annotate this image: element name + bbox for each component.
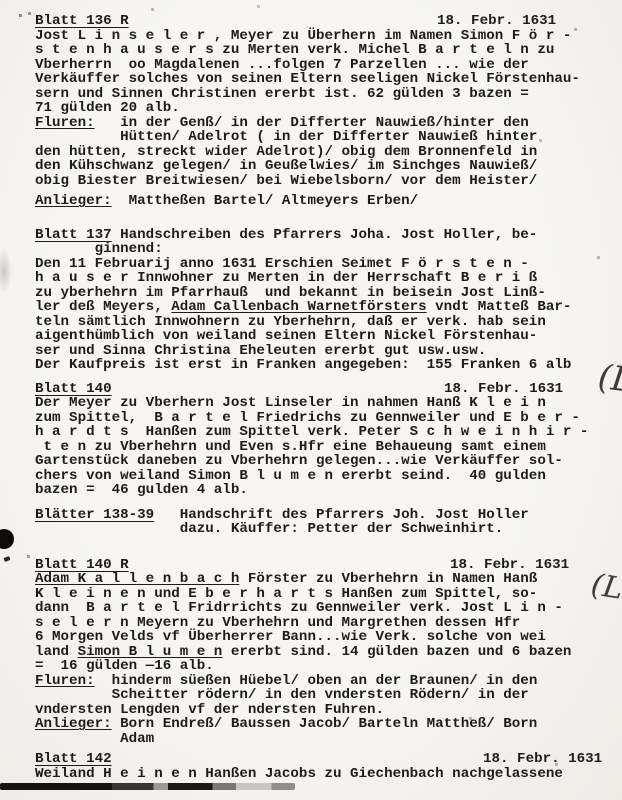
text-line: Den 11 Februarij anno 1631 Erschien Seim… [35, 257, 622, 272]
entry-title-text: Handschreiben des Pfarrers Joha. Jost Ho… [112, 227, 538, 243]
text-line: K l e i n e n und E b e r h a r t s Hanß… [35, 587, 622, 602]
entry-heading: Blatt 136 R [35, 13, 129, 29]
fluren-line: vndersten Lengden vf der ndersten Fuhren… [35, 703, 622, 718]
anlieger-line: Anlieger: Mattheßen Bartel/ Altmeyers Er… [35, 194, 622, 209]
text-line: Jost L i n s e l e r , Meyer zu Überhern… [35, 29, 622, 44]
entry-header: Blatt 14218. Febr. 1631 [35, 752, 622, 767]
anlieger-label: Anlieger: [35, 716, 112, 732]
entry-date: 18. Febr. 1631 [483, 752, 602, 767]
text-segment: ererbt sind. 14 gülden bazen und 6 bazen [222, 644, 571, 660]
text-line: Adam K a l l e n b a c h Förster zu Vber… [35, 572, 622, 587]
entry-heading: Blatt 137 [35, 227, 112, 243]
text-line: ler deß Meyers, Adam Callenbach Warnetfö… [35, 300, 622, 315]
entry-heading: Blatt 140 [35, 381, 112, 397]
text-line: chers von weiland Simon B l u m e n erer… [35, 469, 622, 484]
text-line: s e l e r n Meyern zu Vberhehrn und Marg… [35, 616, 622, 631]
entry-blatt-140r: Blatt 140 R18. Febr. 1631 Adam K a l l e… [35, 558, 622, 747]
fluren-line: Fluren: in der Genß/ in der Differter Na… [35, 116, 622, 131]
text-line: ginnend: [35, 242, 622, 257]
text-segment: vndt Matteß Bar- [427, 299, 572, 315]
text-line: Der Kaufpreis ist erst in Franken angege… [35, 358, 622, 373]
text-line: Gartenstück daneben zu Vberhehrn gelegen… [35, 454, 622, 469]
text-line: ser und Sinna Christina Eheleuten ererbt… [35, 344, 622, 359]
entry-blatt-136r: Blatt 136 R18. Febr. 1631 Jost L i n s e… [35, 14, 622, 209]
entry-date: 18. Febr. 1631 [437, 14, 556, 29]
ink-speck [3, 556, 10, 562]
entry-heading: Blätter 138-39 [35, 507, 154, 523]
text-segment: Förster zu Vberhehrn in Namen Hanß [239, 571, 537, 587]
anlieger-text: Mattheßen Bartel/ Altmeyers Erben/ [112, 193, 419, 209]
anlieger-label: Anlieger: [35, 193, 112, 209]
scan-bottom-smudge [0, 783, 295, 790]
text-segment: ler deß Meyers, [35, 299, 171, 315]
fluren-line: Fluren: hinderm süeßen Hüebel/ oben an d… [35, 674, 622, 689]
anlieger-line: Adam [35, 732, 622, 747]
text-line: zu yberhehrn im Pfarrhauß und bekannt in… [35, 286, 622, 301]
scanned-document-page: Blatt 136 R18. Febr. 1631 Jost L i n s e… [0, 0, 622, 800]
text-line: s t e n h a u s e r s zu Merten verk. Mi… [35, 43, 622, 58]
text-line: = 16 gülden —16 alb. [35, 659, 622, 674]
text-line: aigenthümblich von weiland seinen Eltern… [35, 329, 622, 344]
text-line: h a r d t s Hanßen zum Spittel verk. Pet… [35, 425, 622, 440]
underlined-name: Adam Callenbach Warnetförsters [171, 299, 426, 315]
fluren-line: den hütten, streckt wider Adelrot)/ obig… [35, 145, 622, 160]
entry-header: Blatt 140 R18. Febr. 1631 [35, 558, 622, 573]
text-line: Der Meyer zu Vberhern Jost Linseler in n… [35, 396, 622, 411]
entry-blatt-142: Blatt 14218. Febr. 1631 Weiland H e i n … [35, 752, 622, 781]
entry-header: Blatt 137 Handschreiben des Pfarrers Joh… [35, 228, 622, 243]
entry-header: Blatt 14018. Febr. 1631 [35, 382, 622, 397]
text-line: dann B a r t e l Fridrrichts zu Gennweil… [35, 601, 622, 616]
text-line: bazen = 46 gulden 4 alb. [35, 483, 622, 498]
text-line: zum Spittel, B a r t e l Friedrichs zu G… [35, 411, 622, 426]
text-line: h a u s e r Innwohner zu Merten in der H… [35, 271, 622, 286]
scan-edge-smudge [0, 248, 12, 294]
entry-header: Blätter 138-39 Handschrift des Pfarrers … [35, 508, 622, 523]
text-line: dazu. Käuffer: Petter der Schweinhirt. [35, 522, 622, 537]
text-line: Weiland H e i n e n Hanßen Jacobs zu Gie… [35, 767, 622, 782]
text-line: t e n zu Vberhehrn und Even s.Hfr eine B… [35, 440, 622, 455]
entry-blatt-140: Blatt 14018. Febr. 1631 Der Meyer zu Vbe… [35, 382, 622, 498]
entry-title-text: Handschrift des Pfarrers Joh. Jost Holle… [154, 507, 529, 523]
underlined-name: Adam K a l l e n b a c h [35, 571, 239, 587]
text-line: teln sämtlich Innwohnern zu Yberhehrn, d… [35, 315, 622, 330]
text-line: Vberherrn oo Magdalenen ...folgen 7 Parz… [35, 58, 622, 73]
fluren-line: Scheitter rödern/ in den vndersten Röder… [35, 688, 622, 703]
text-line: sern und Sinnen Christinen ererbt ist. 6… [35, 87, 622, 102]
text-line: 71 gülden 20 alb. [35, 101, 622, 116]
entry-header: Blatt 136 R18. Febr. 1631 [35, 14, 622, 29]
entry-heading: Blatt 140 R [35, 557, 129, 573]
pencil-margin-annotation: (L [597, 370, 622, 389]
text-line: Verkäuffer solches von seinen Eltern see… [35, 72, 622, 87]
entry-blatt-137: Blatt 137 Handschreiben des Pfarrers Joh… [35, 228, 622, 373]
fluren-line: den Kühschwanz gelegen/ in Geußelwies/ i… [35, 159, 622, 174]
fluren-line: obig Biester Breitwiesen/ bei Wiebelsbor… [35, 174, 622, 189]
entry-heading: Blatt 142 [35, 751, 112, 767]
scan-speckles [0, 0, 1, 1]
entry-date: 18. Febr. 1631 [444, 382, 563, 397]
fluren-line: Hütten/ Adelrot ( in der Differter Nauwi… [35, 130, 622, 145]
hole-punch-mark [0, 529, 14, 549]
entry-date: 18. Febr. 1631 [450, 558, 569, 573]
text-line: land Simon B l u m e n ererbt sind. 14 g… [35, 645, 622, 660]
anlieger-line: Anlieger: Born Endreß/ Baussen Jacob/ Ba… [35, 717, 622, 732]
pencil-margin-annotation: (Le [590, 578, 622, 600]
anlieger-text: Born Endreß/ Baussen Jacob/ Barteln Matt… [112, 716, 538, 732]
entry-blaetter-138-39: Blätter 138-39 Handschrift des Pfarrers … [35, 508, 622, 537]
text-line: 6 Morgen Velds vf Überherrer Bann...wie … [35, 630, 622, 645]
